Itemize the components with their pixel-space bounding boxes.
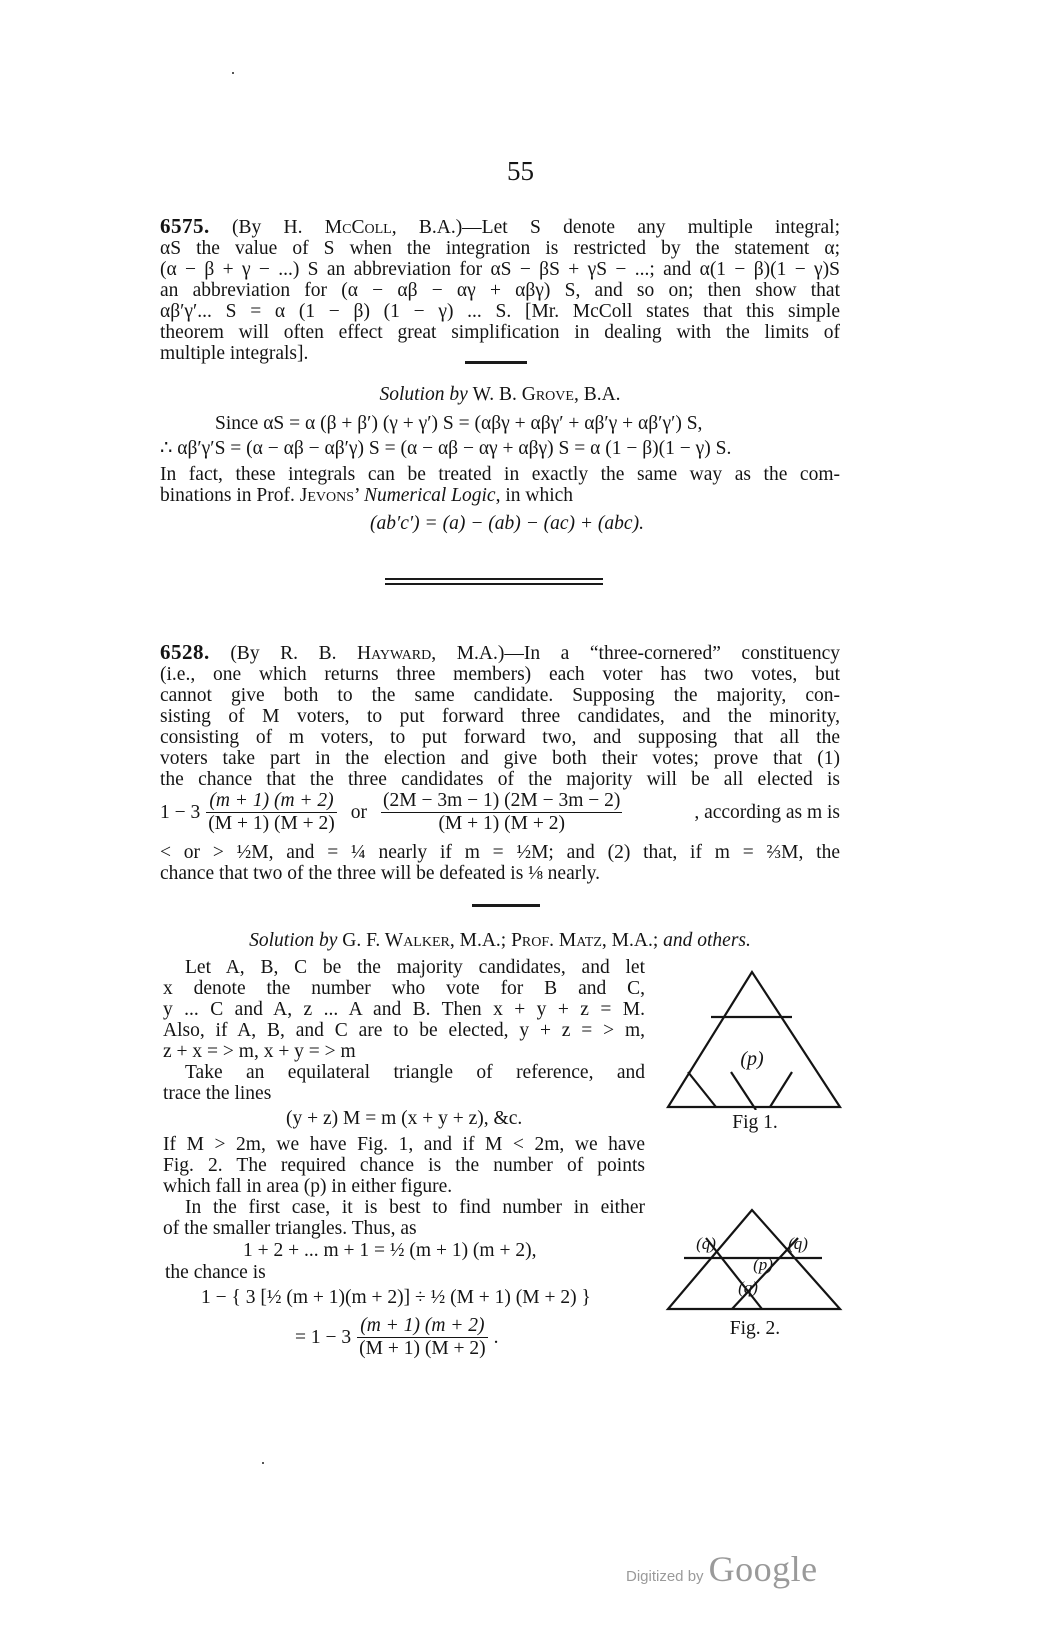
figure-1-caption: Fig 1.: [700, 1112, 810, 1134]
text-line: an abbreviation for (α − αβ − αγ + αβγ) …: [160, 280, 840, 301]
author-name: Hayward: [357, 643, 431, 664]
equation: Since αS = α (β + β′) (γ + γ′) S = (αβγ …: [215, 413, 702, 435]
svg-text:(q): (q): [738, 1278, 758, 1297]
equation: 1 − { 3 [½ (m + 1)(m + 2)] ÷ ½ (M + 1) (…: [201, 1287, 591, 1309]
equation: (y + z) M = m (x + y + z), &c.: [286, 1108, 522, 1130]
page-number: 55: [0, 156, 1041, 187]
figure-1-triangle: (p): [660, 960, 850, 1110]
book-page: 55 6575. (By H. McColl, B.A.)—Let S deno…: [0, 0, 1041, 1631]
figure-2-caption: Fig. 2.: [700, 1318, 810, 1340]
solution-text: In fact, these integrals can be treated …: [160, 464, 840, 506]
fraction: (m + 1) (m + 2) (M + 1) (M + 2): [357, 1315, 488, 1360]
solver-name: W. B. Grove, B.A.: [473, 384, 621, 405]
problem-number: 6575.: [160, 214, 210, 238]
svg-text:(q): (q): [788, 1234, 808, 1253]
text-line: αS the value of S when the integration i…: [160, 238, 840, 259]
solution-heading: Solution by W. B. Grove, B.A.: [160, 384, 840, 406]
solution-column: If M > 2m, we have Fig. 1, and if M < 2m…: [163, 1134, 645, 1239]
book-title: Numerical Logic: [364, 485, 496, 506]
author-name: McColl: [325, 217, 392, 238]
google-logo-text: Google: [709, 1549, 818, 1589]
problem-number: 6528.: [160, 640, 210, 664]
problem-6528: 6528. (By R. B. Hayward, M.A.)—In a “thr…: [160, 642, 840, 790]
fraction: (2M − 3m − 1) (2M − 3m − 2) (M + 1) (M +…: [381, 790, 622, 835]
text-line: sisting of M voters, to put forward thre…: [160, 706, 840, 727]
formula-row: 1 − 3 (m + 1) (m + 2) (M + 1) (M + 2) or…: [160, 790, 840, 835]
scan-speck: [232, 72, 234, 74]
text-line: voters take part in the election and giv…: [160, 748, 840, 769]
text-line: theorem will often effect great simplifi…: [160, 322, 840, 343]
text-line: cannot give both to the same candidate. …: [160, 685, 840, 706]
text-line: the chance is: [165, 1262, 266, 1284]
svg-text:(q): (q): [696, 1234, 716, 1253]
text-line: (α − β + γ − ...) S an abbreviation for …: [160, 259, 840, 280]
region-label: (p): [740, 1048, 764, 1070]
text-line: αβ′γ′... S = α (1 − β) (1 − γ) ... S. [M…: [160, 301, 840, 322]
text-line: the chance that the three candidates of …: [160, 769, 840, 790]
fraction: (m + 1) (m + 2) (M + 1) (M + 2): [206, 790, 337, 835]
solver-name: G. F. Walker, M.A.;: [342, 930, 506, 951]
solution-heading: Solution by G. F. Walker, M.A.; Prof. Ma…: [160, 930, 840, 952]
figure-2-triangle: (q) (q) (p) (q): [660, 1205, 850, 1315]
equation: ∴ αβ′γ′S = (α − αβ − αβ′γ) S = (α − αβ −…: [160, 436, 731, 460]
problem-6575: 6575. (By H. McColl, B.A.)—Let S denote …: [160, 216, 840, 364]
solution-column: Let A, B, C be the majority candidates, …: [163, 957, 645, 1104]
equation: (ab′c′) = (a) − (ab) − (ac) + (abc).: [370, 513, 644, 535]
digitized-by-google-watermark: Digitized by Google: [626, 1548, 818, 1590]
text-line: consisting of m voters, to put forward t…: [160, 727, 840, 748]
solver-name: Prof. Matz, M.A.;: [511, 930, 658, 951]
text-line: (i.e., one which returns three members) …: [160, 664, 840, 685]
double-rule-separator: [385, 578, 603, 585]
scan-speck: [262, 1462, 264, 1464]
equation: 1 + 2 + ... m + 1 = ½ (m + 1) (m + 2),: [243, 1240, 536, 1262]
svg-text:(p): (p): [753, 1255, 773, 1274]
problem-6528-continued: < or > ½M, and = ¼ nearly if m = ½M; and…: [160, 842, 840, 884]
result-equation: = 1 − 3 (m + 1) (m + 2) (M + 1) (M + 2) …: [295, 1315, 499, 1360]
short-rule: [465, 361, 527, 364]
short-rule: [472, 904, 540, 907]
